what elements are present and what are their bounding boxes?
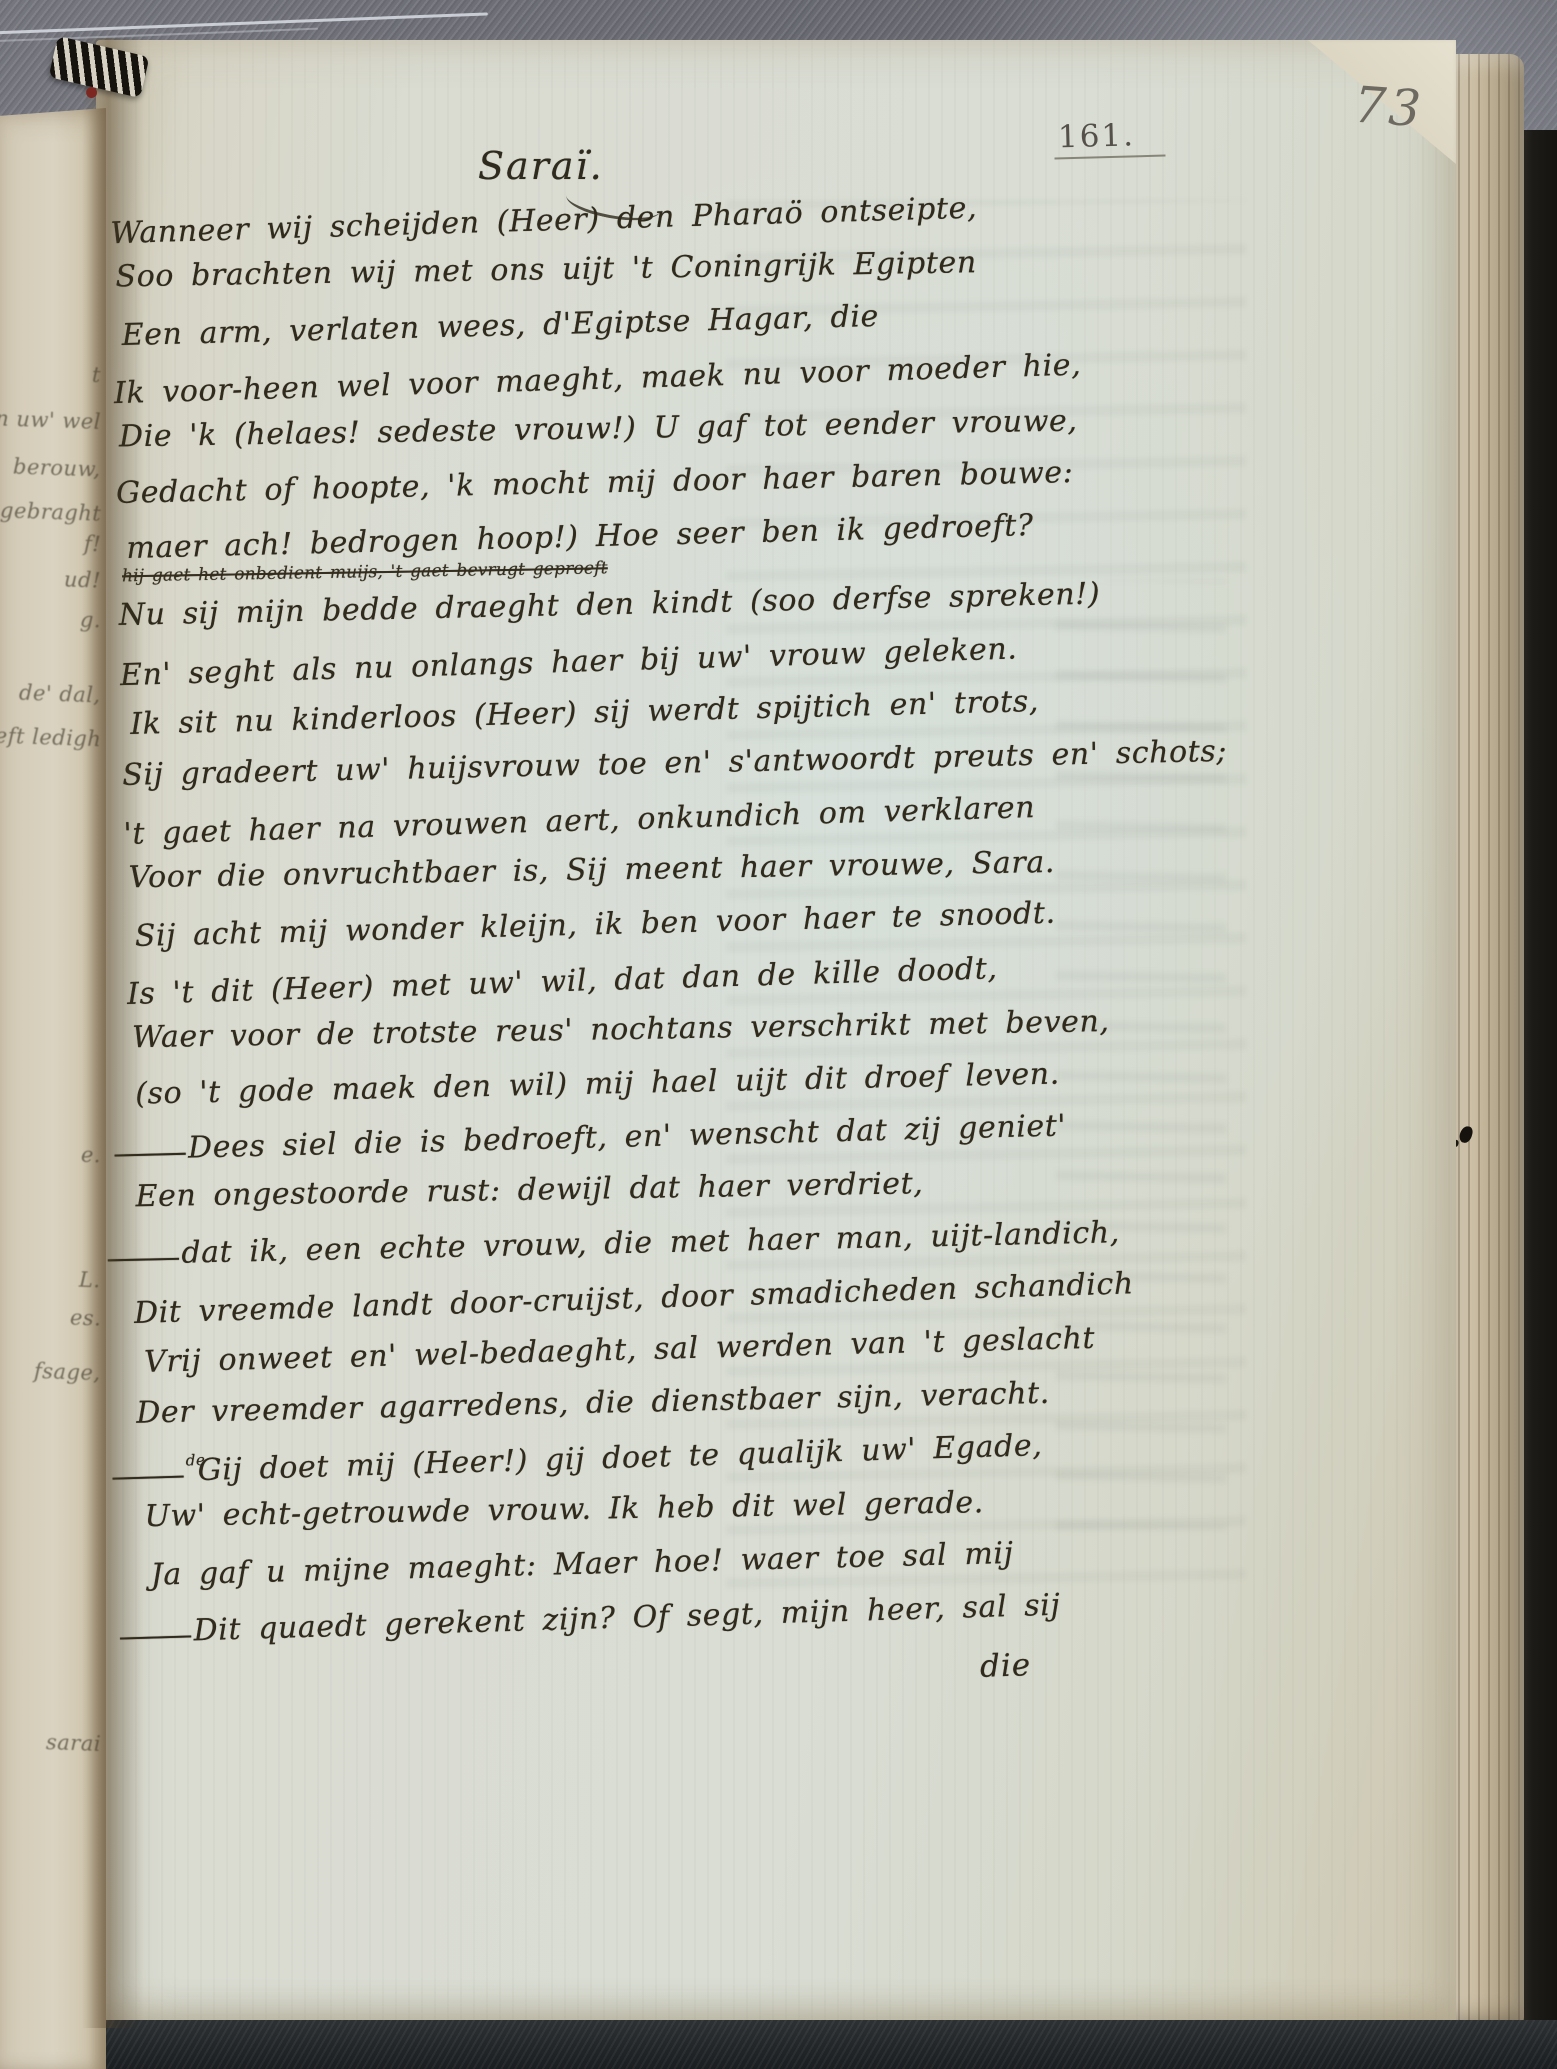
facing-page-fragment: e.: [80, 1143, 101, 1168]
facing-page-fragment: in uw' wel: [0, 406, 101, 434]
facing-page-fragment: L.: [79, 1268, 101, 1293]
catchword: die: [979, 1647, 1031, 1685]
facing-page-fragment: f!: [83, 532, 101, 557]
facing-page-edge: tin uw' welberouw,gebraghtf!ud!g.de' dal…: [0, 108, 106, 2069]
bottom-shadow-band: [92, 2020, 1557, 2069]
manuscript-page: 161. 73 Saraï. Wanneer wij scheijden (He…: [96, 40, 1456, 2028]
text-lines: Wanneer wij scheijden (Heer) den Pharaö …: [110, 181, 1471, 1662]
facing-page-fragment: ud!: [64, 567, 102, 592]
facing-page-fragment: fsage,: [34, 1359, 101, 1385]
facing-page-fragment: t: [92, 363, 102, 387]
facing-page-fragment: es.: [69, 1305, 101, 1330]
facing-page-fragment: gebraght: [0, 498, 101, 526]
line-start-flourish: —: [116, 1617, 197, 1654]
page-number: 161.: [1053, 117, 1165, 160]
line-start-flourish: —: [111, 1135, 191, 1172]
facing-page-fragment: sarai: [46, 1730, 102, 1756]
verse-line-text: Wanneer wij scheijden (Heer) den Pharaö …: [110, 191, 978, 252]
facing-page-fragment: creft ledigh: [0, 723, 101, 752]
manuscript-photo-scene: 161. 73 Saraï. Wanneer wij scheijden (He…: [0, 0, 1557, 2069]
facing-page-fragment: de' dal,: [19, 681, 101, 708]
line-start-flourish: —: [104, 1239, 184, 1276]
facing-page-fragment: g.: [79, 608, 101, 633]
facing-page-fragment: berouw,: [13, 454, 102, 481]
interlinear-addition: de: [186, 1451, 206, 1470]
line-start-flourish: —: [109, 1458, 190, 1495]
folio-number: 73: [1352, 76, 1426, 139]
